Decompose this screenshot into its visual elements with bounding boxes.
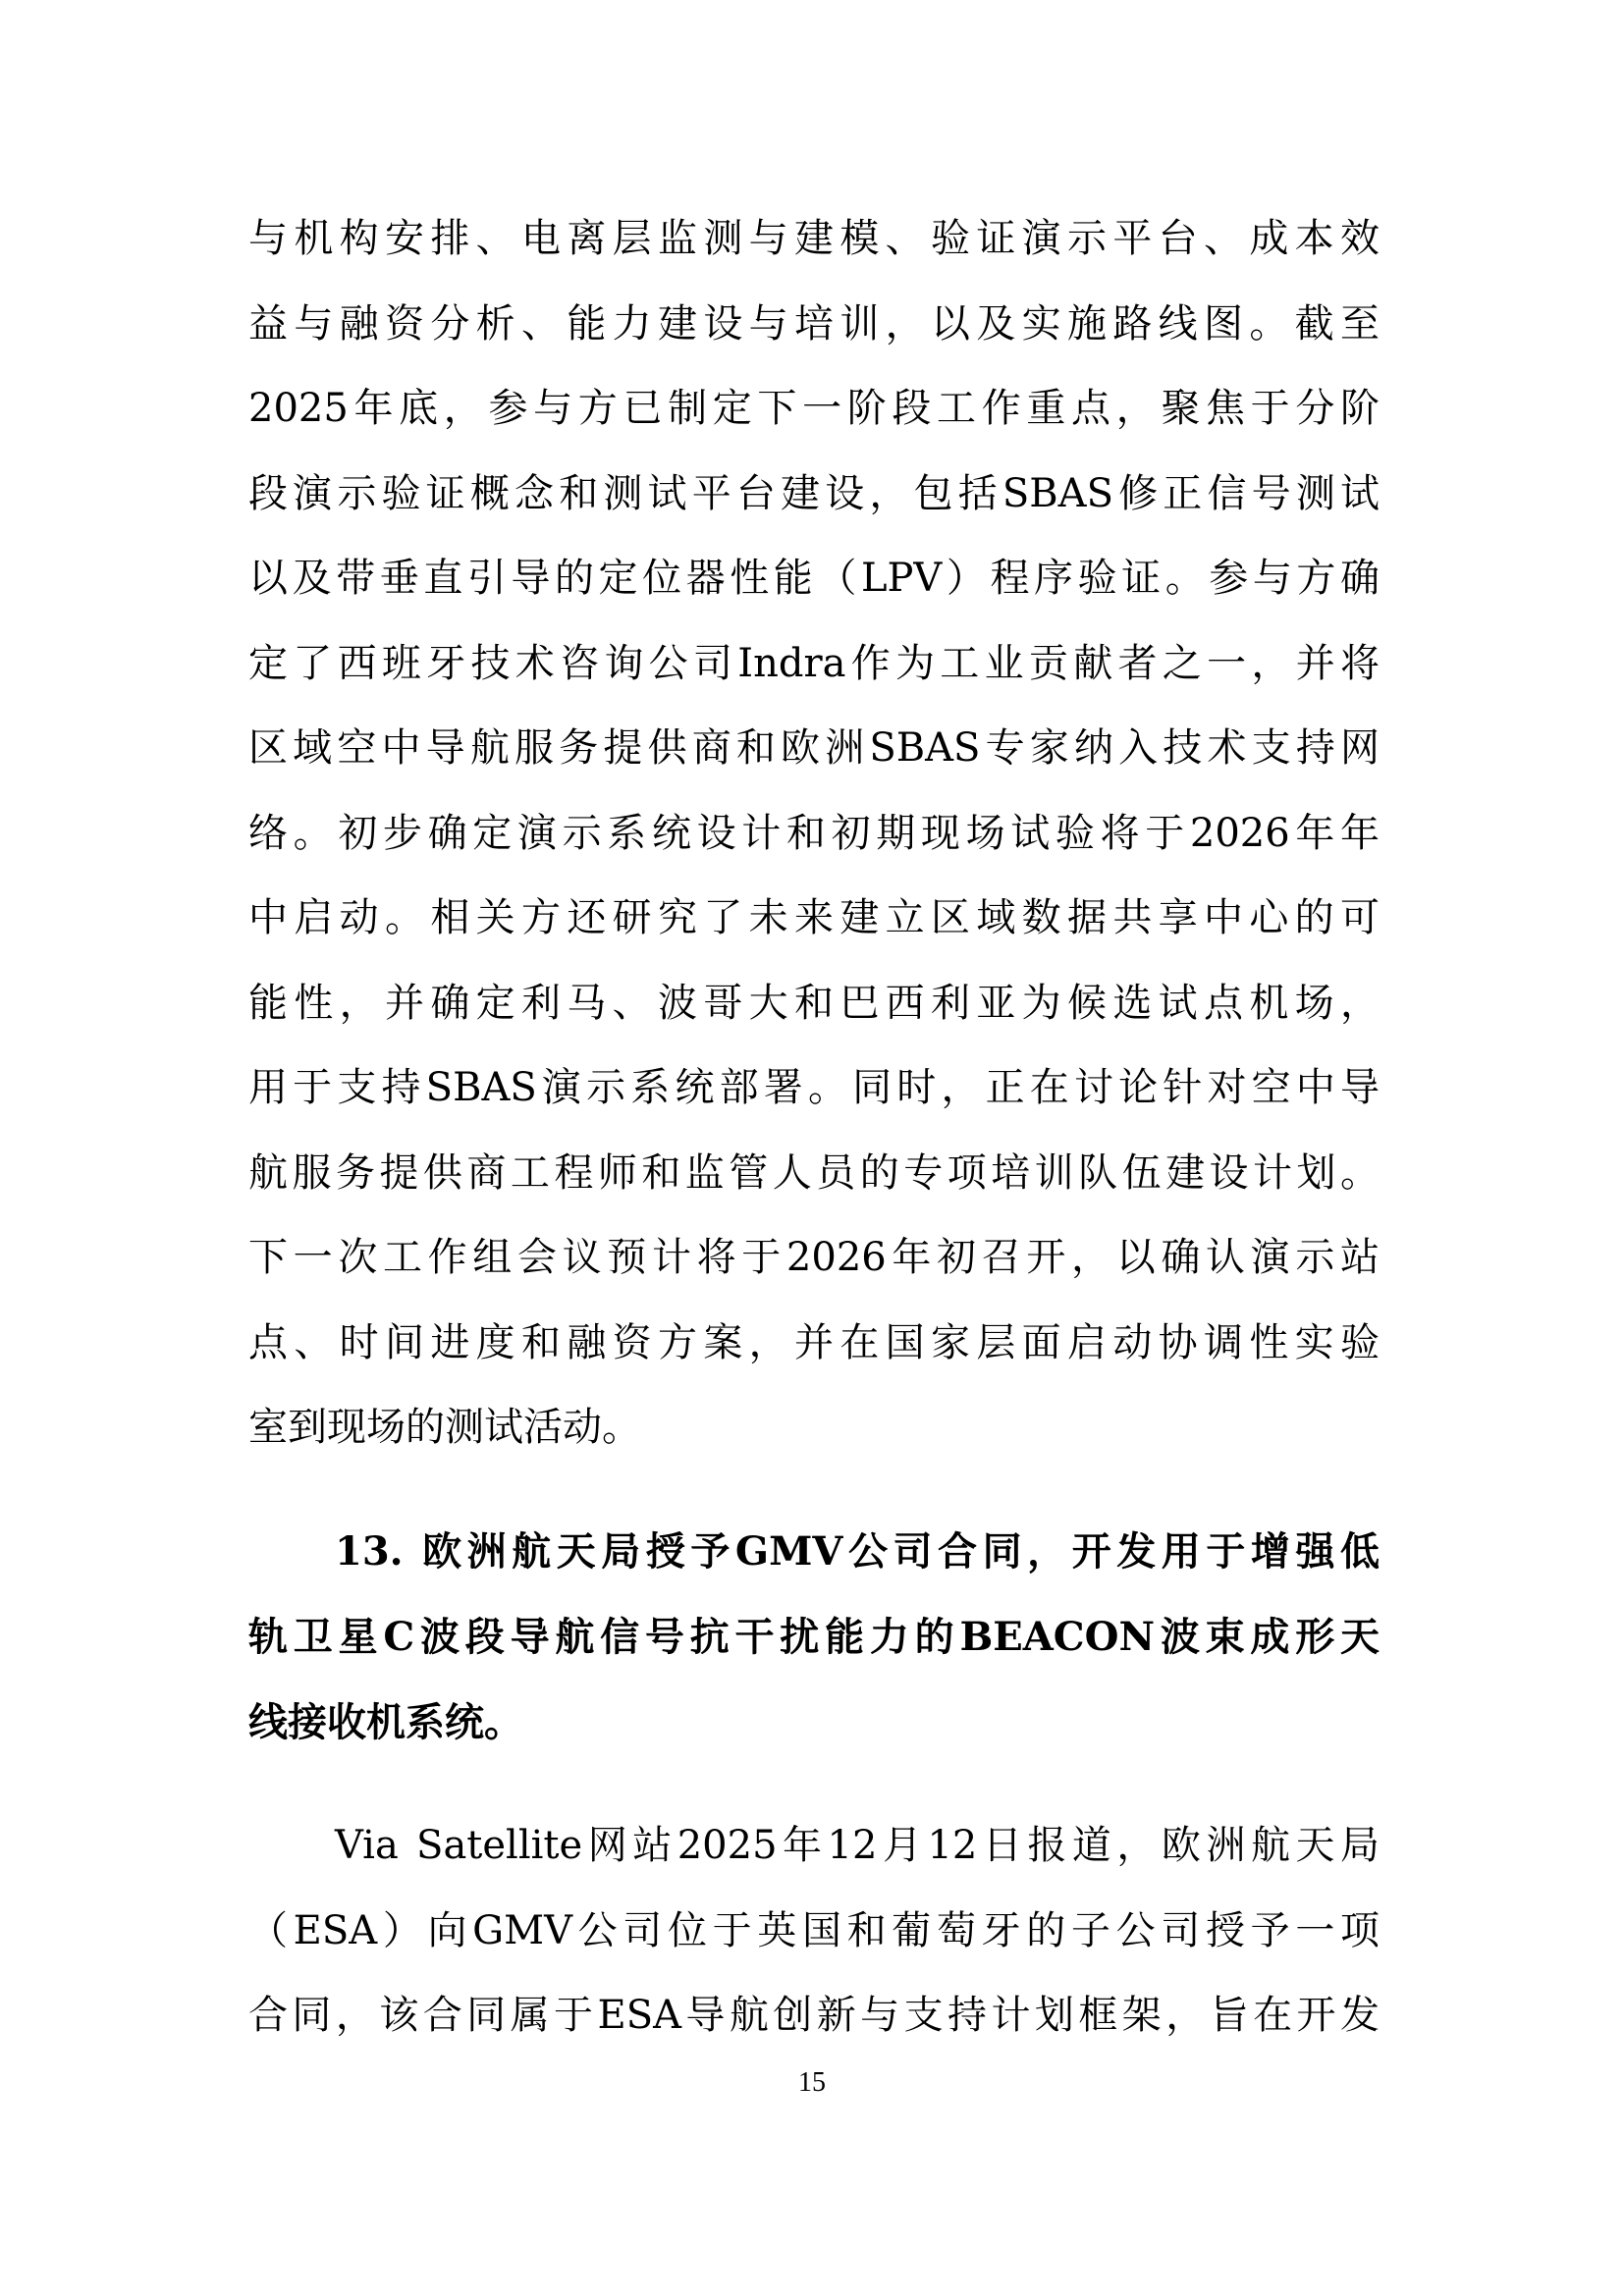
heading-line: 线接收机系统。 bbox=[248, 1695, 1380, 1750]
text-line: 益与融资分析、能力建设与培训，以及实施路线图。截至 bbox=[248, 296, 1380, 351]
text-line: 用于支持SBAS演示系统部署。同时，正在讨论针对空中导 bbox=[248, 1060, 1380, 1115]
text-line: 下一次工作组会议预计将于2026年初召开，以确认演示站 bbox=[248, 1230, 1380, 1285]
document-page: 与机构安排、电离层监测与建模、验证演示平台、成本效 益与融资分析、能力建设与培训… bbox=[0, 0, 1624, 2296]
text-line: 络。初步确定演示系统设计和初期现场试验将于2026年年 bbox=[248, 806, 1380, 861]
text-line: 以及带垂直引导的定位器性能（LPV）程序验证。参与方确 bbox=[248, 551, 1380, 606]
heading-line: 轨卫星C波段导航信号抗干扰能力的BEACON波束成形天 bbox=[248, 1610, 1380, 1665]
text-line: 航服务提供商工程师和监管人员的专项培训队伍建设计划。 bbox=[248, 1146, 1380, 1201]
text-line: 2025年底，参与方已制定下一阶段工作重点，聚焦于分阶 bbox=[248, 381, 1380, 436]
text-line: 点、时间进度和融资方案，并在国家层面启动协调性实验 bbox=[248, 1315, 1380, 1370]
text-line: 合同，该合同属于ESA导航创新与支持计划框架，旨在开发 bbox=[248, 1988, 1380, 2043]
text-line: 室到现场的测试活动。 bbox=[248, 1400, 1380, 1455]
text-line: 与机构安排、电离层监测与建模、验证演示平台、成本效 bbox=[248, 211, 1380, 266]
page-number: 15 bbox=[0, 2065, 1624, 2101]
text-line: 中启动。相关方还研究了未来建立区域数据共享中心的可 bbox=[248, 890, 1380, 945]
text-line: （ESA）向GMV公司位于英国和葡萄牙的子公司授予一项 bbox=[248, 1903, 1380, 1958]
text-line: 能性，并确定利马、波哥大和巴西利亚为候选试点机场， bbox=[248, 976, 1380, 1031]
text-line: 区域空中导航服务提供商和欧洲SBAS专家纳入技术支持网 bbox=[248, 721, 1380, 775]
text-line: Via Satellite网站2025年12月12日报道，欧洲航天局 bbox=[335, 1818, 1380, 1873]
text-line: 段演示验证概念和测试平台建设，包括SBAS修正信号测试 bbox=[248, 466, 1380, 521]
heading-line: 13. 欧洲航天局授予GMV公司合同，开发用于增强低 bbox=[335, 1524, 1380, 1579]
text-line: 定了西班牙技术咨询公司Indra作为工业贡献者之一，并将 bbox=[248, 636, 1380, 691]
